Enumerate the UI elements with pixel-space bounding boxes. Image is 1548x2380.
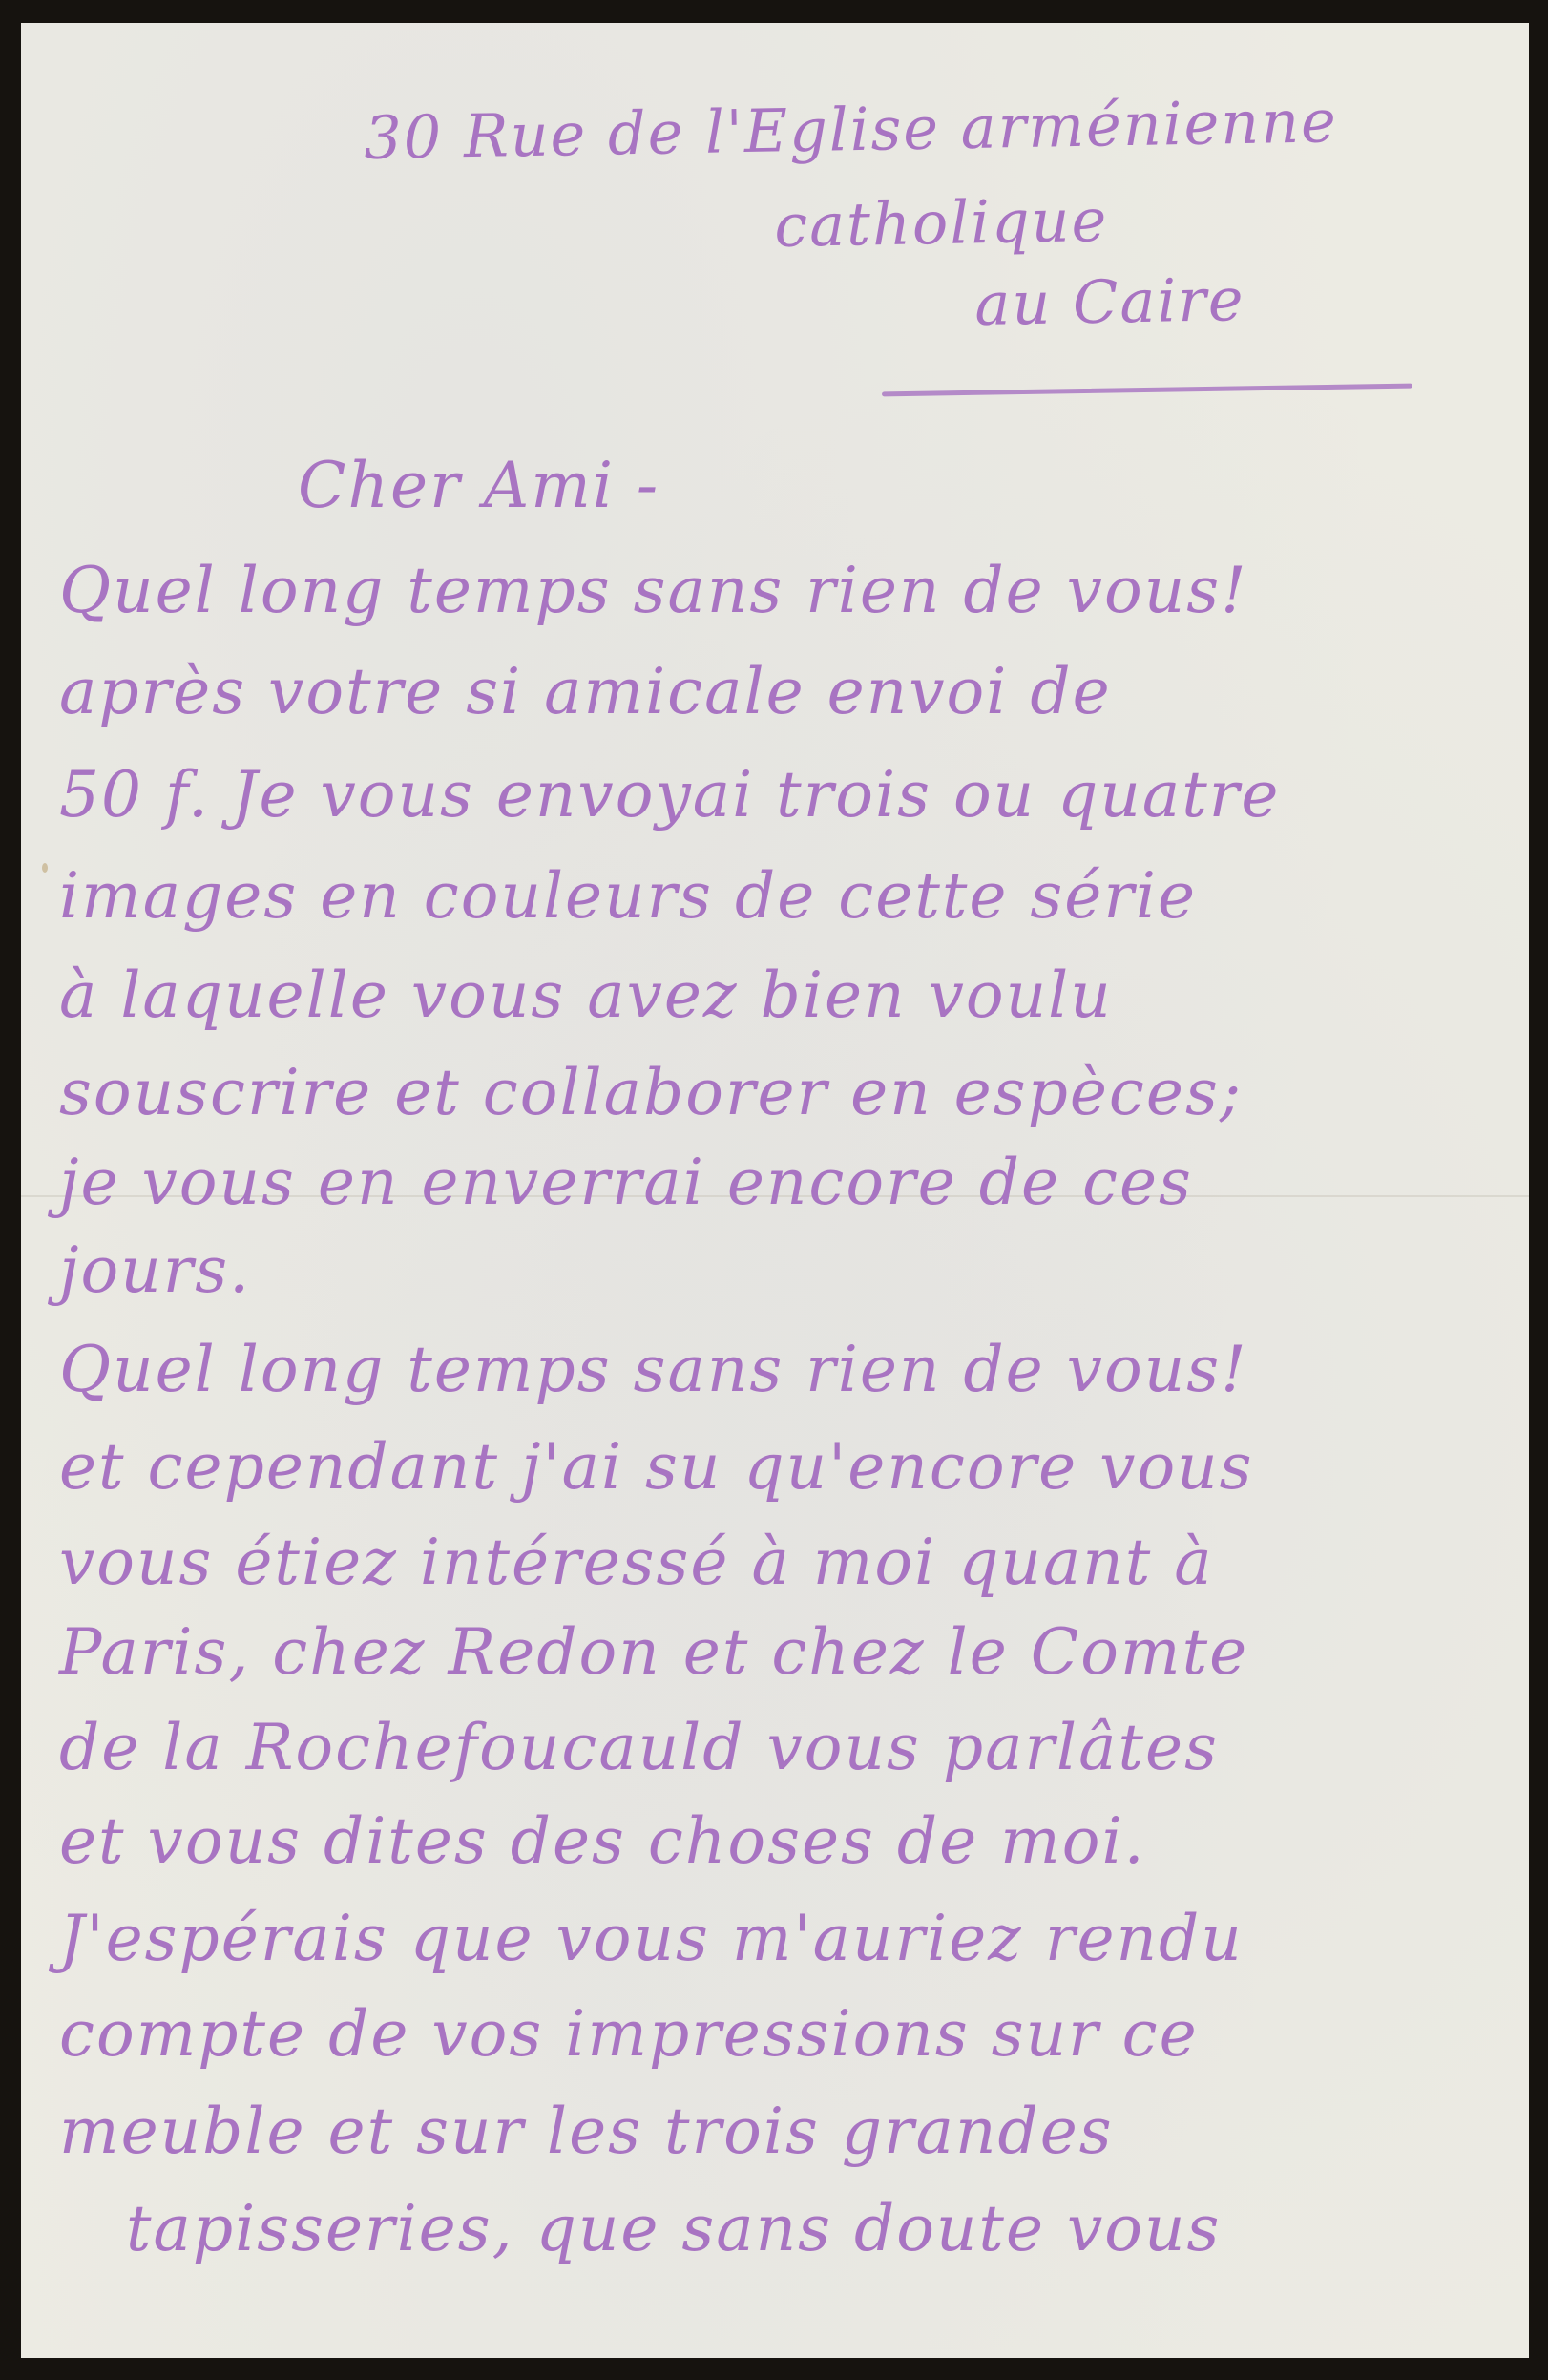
body-line: je vous en enverrai encore de ces xyxy=(59,1146,1193,1219)
address-line-1: 30 Rue de l'Eglise arménienne xyxy=(364,86,1339,173)
body-line: tapisseries, que sans doute vous xyxy=(126,2192,1221,2265)
body-line: compte de vos impressions sur ce xyxy=(59,1997,1199,2071)
body-line: à laquelle vous avez bien voulu xyxy=(59,958,1113,1032)
body-line: et vous dites des choses de moi. xyxy=(59,1804,1146,1878)
body-line: et cependant j'ai su qu'encore vous xyxy=(59,1430,1254,1504)
body-line: images en couleurs de cette série xyxy=(59,859,1197,933)
body-line: souscrire et collaborer en espèces; xyxy=(59,1056,1243,1129)
address-line-2: catholique xyxy=(774,185,1109,261)
body-line: de la Rochefoucauld vous parlâtes xyxy=(59,1711,1219,1784)
body-line: J'espérais que vous m'auriez rendu xyxy=(59,1902,1244,1975)
body-line: après votre si amicale envoi de xyxy=(59,655,1112,728)
body-line: Quel long temps sans rien de vous! xyxy=(59,1333,1248,1406)
body-line: Quel long temps sans rien de vous! xyxy=(59,554,1248,627)
body-line: Paris, chez Redon et chez le Comte xyxy=(59,1615,1248,1689)
body-line: vous étiez intéressé à moi quant à xyxy=(59,1526,1214,1599)
body-line: jours. xyxy=(59,1233,251,1307)
salutation: Cher Ami - xyxy=(298,449,659,522)
paper-stain xyxy=(42,863,48,873)
letter-page: 30 Rue de l'Eglise arménienne catholique… xyxy=(21,23,1529,2358)
address-underline xyxy=(882,384,1412,397)
address-line-3: au Caire xyxy=(974,264,1245,339)
body-line: 50 f. Je vous envoyai trois ou quatre xyxy=(59,758,1280,832)
body-line: meuble et sur les trois grandes xyxy=(59,2095,1114,2168)
